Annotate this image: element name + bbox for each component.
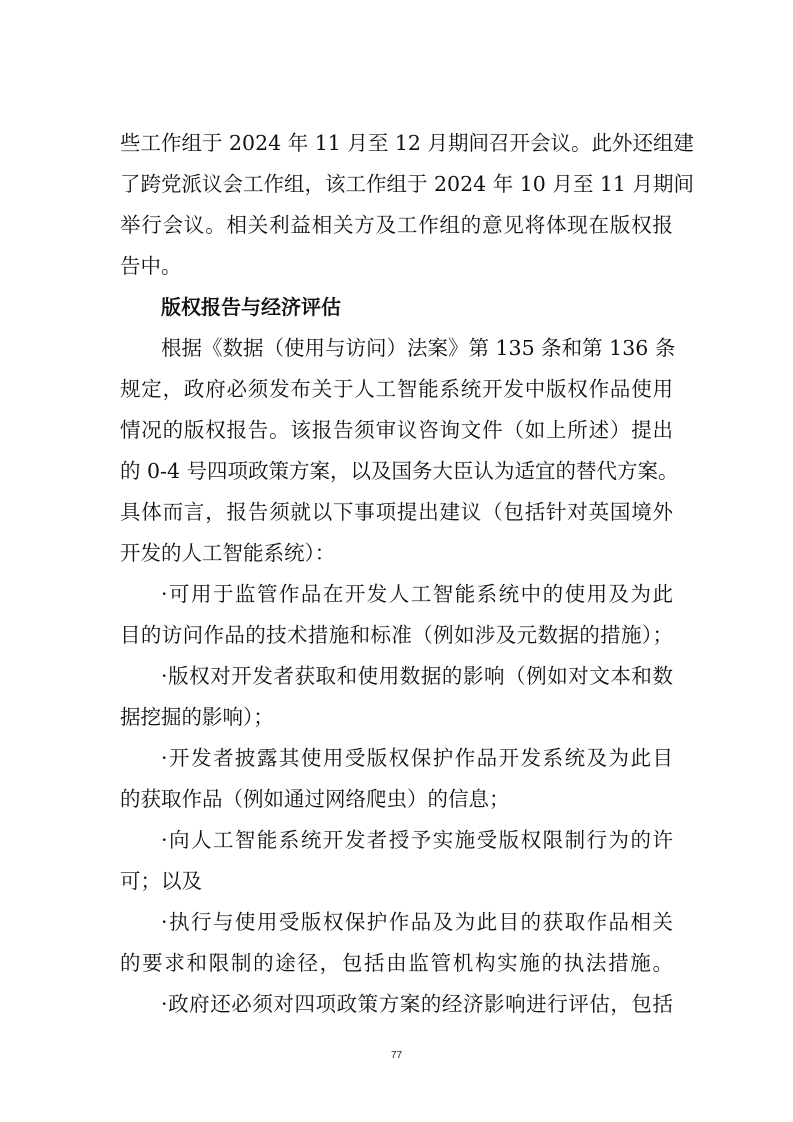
text-line: ·执行与使用受版权保护作品及为此目的获取作品相关 — [120, 902, 673, 943]
document-page: 些工作组于 2024 年 11 月至 12 月期间召开会议。此外还组建 了跨党派… — [120, 123, 673, 1025]
text-line: 些工作组于 2024 年 11 月至 12 月期间召开会议。此外还组建 — [120, 123, 673, 164]
bullet-item: ·向人工智能系统开发者授予实施受版权限制行为的许 可；以及 — [120, 820, 673, 902]
text-line: 了跨党派议会工作组，该工作组于 2024 年 10 月至 11 月期间 — [120, 164, 673, 205]
page-number: 77 — [0, 1050, 793, 1061]
text-line: 可；以及 — [120, 861, 673, 902]
text-line: 告中。 — [120, 246, 673, 287]
bullet-item: ·可用于监管作品在开发人工智能系统中的使用及为此 目的访问作品的技术措施和标准（… — [120, 574, 673, 656]
text-line: 具体而言，报告须就以下事项提出建议（包括针对英国境外 — [120, 492, 673, 533]
text-line: ·向人工智能系统开发者授予实施受版权限制行为的许 — [120, 820, 673, 861]
paragraph-continuation: 些工作组于 2024 年 11 月至 12 月期间召开会议。此外还组建 了跨党派… — [120, 123, 673, 287]
text-line: 举行会议。相关利益相关方及工作组的意见将体现在版权报 — [120, 205, 673, 246]
text-line: 据挖掘的影响）； — [120, 697, 673, 738]
text-line: ·可用于监管作品在开发人工智能系统中的使用及为此 — [120, 574, 673, 615]
paragraph-body: 根据《数据（使用与访问）法案》第 135 条和第 136 条 规定，政府必须发布… — [120, 328, 673, 574]
bullet-item: ·政府还必须对四项政策方案的经济影响进行评估，包括 — [120, 984, 673, 1025]
section-heading: 版权报告与经济评估 — [120, 287, 673, 328]
text-line: 开发的人工智能系统）： — [120, 533, 673, 574]
text-line: 的要求和限制的途径，包括由监管机构实施的执法措施。 — [120, 943, 673, 984]
bullet-item: ·版权对开发者获取和使用数据的影响（例如对文本和数 据挖掘的影响）； — [120, 656, 673, 738]
text-line: ·政府还必须对四项政策方案的经济影响进行评估，包括 — [120, 984, 673, 1025]
text-line: 情况的版权报告。该报告须审议咨询文件（如上所述）提出 — [120, 410, 673, 451]
text-line: ·版权对开发者获取和使用数据的影响（例如对文本和数 — [120, 656, 673, 697]
text-line: ·开发者披露其使用受版权保护作品开发系统及为此目 — [120, 738, 673, 779]
bullet-item: ·执行与使用受版权保护作品及为此目的获取作品相关 的要求和限制的途径，包括由监管… — [120, 902, 673, 984]
text-line: 目的访问作品的技术措施和标准（例如涉及元数据的措施）； — [120, 615, 673, 656]
text-line: 根据《数据（使用与访问）法案》第 135 条和第 136 条 — [120, 328, 673, 369]
bullet-item: ·开发者披露其使用受版权保护作品开发系统及为此目 的获取作品（例如通过网络爬虫）… — [120, 738, 673, 820]
text-line: 规定，政府必须发布关于人工智能系统开发中版权作品使用 — [120, 369, 673, 410]
text-line: 的获取作品（例如通过网络爬虫）的信息； — [120, 779, 673, 820]
text-line: 的 0-4 号四项政策方案，以及国务大臣认为适宜的替代方案。 — [120, 451, 673, 492]
